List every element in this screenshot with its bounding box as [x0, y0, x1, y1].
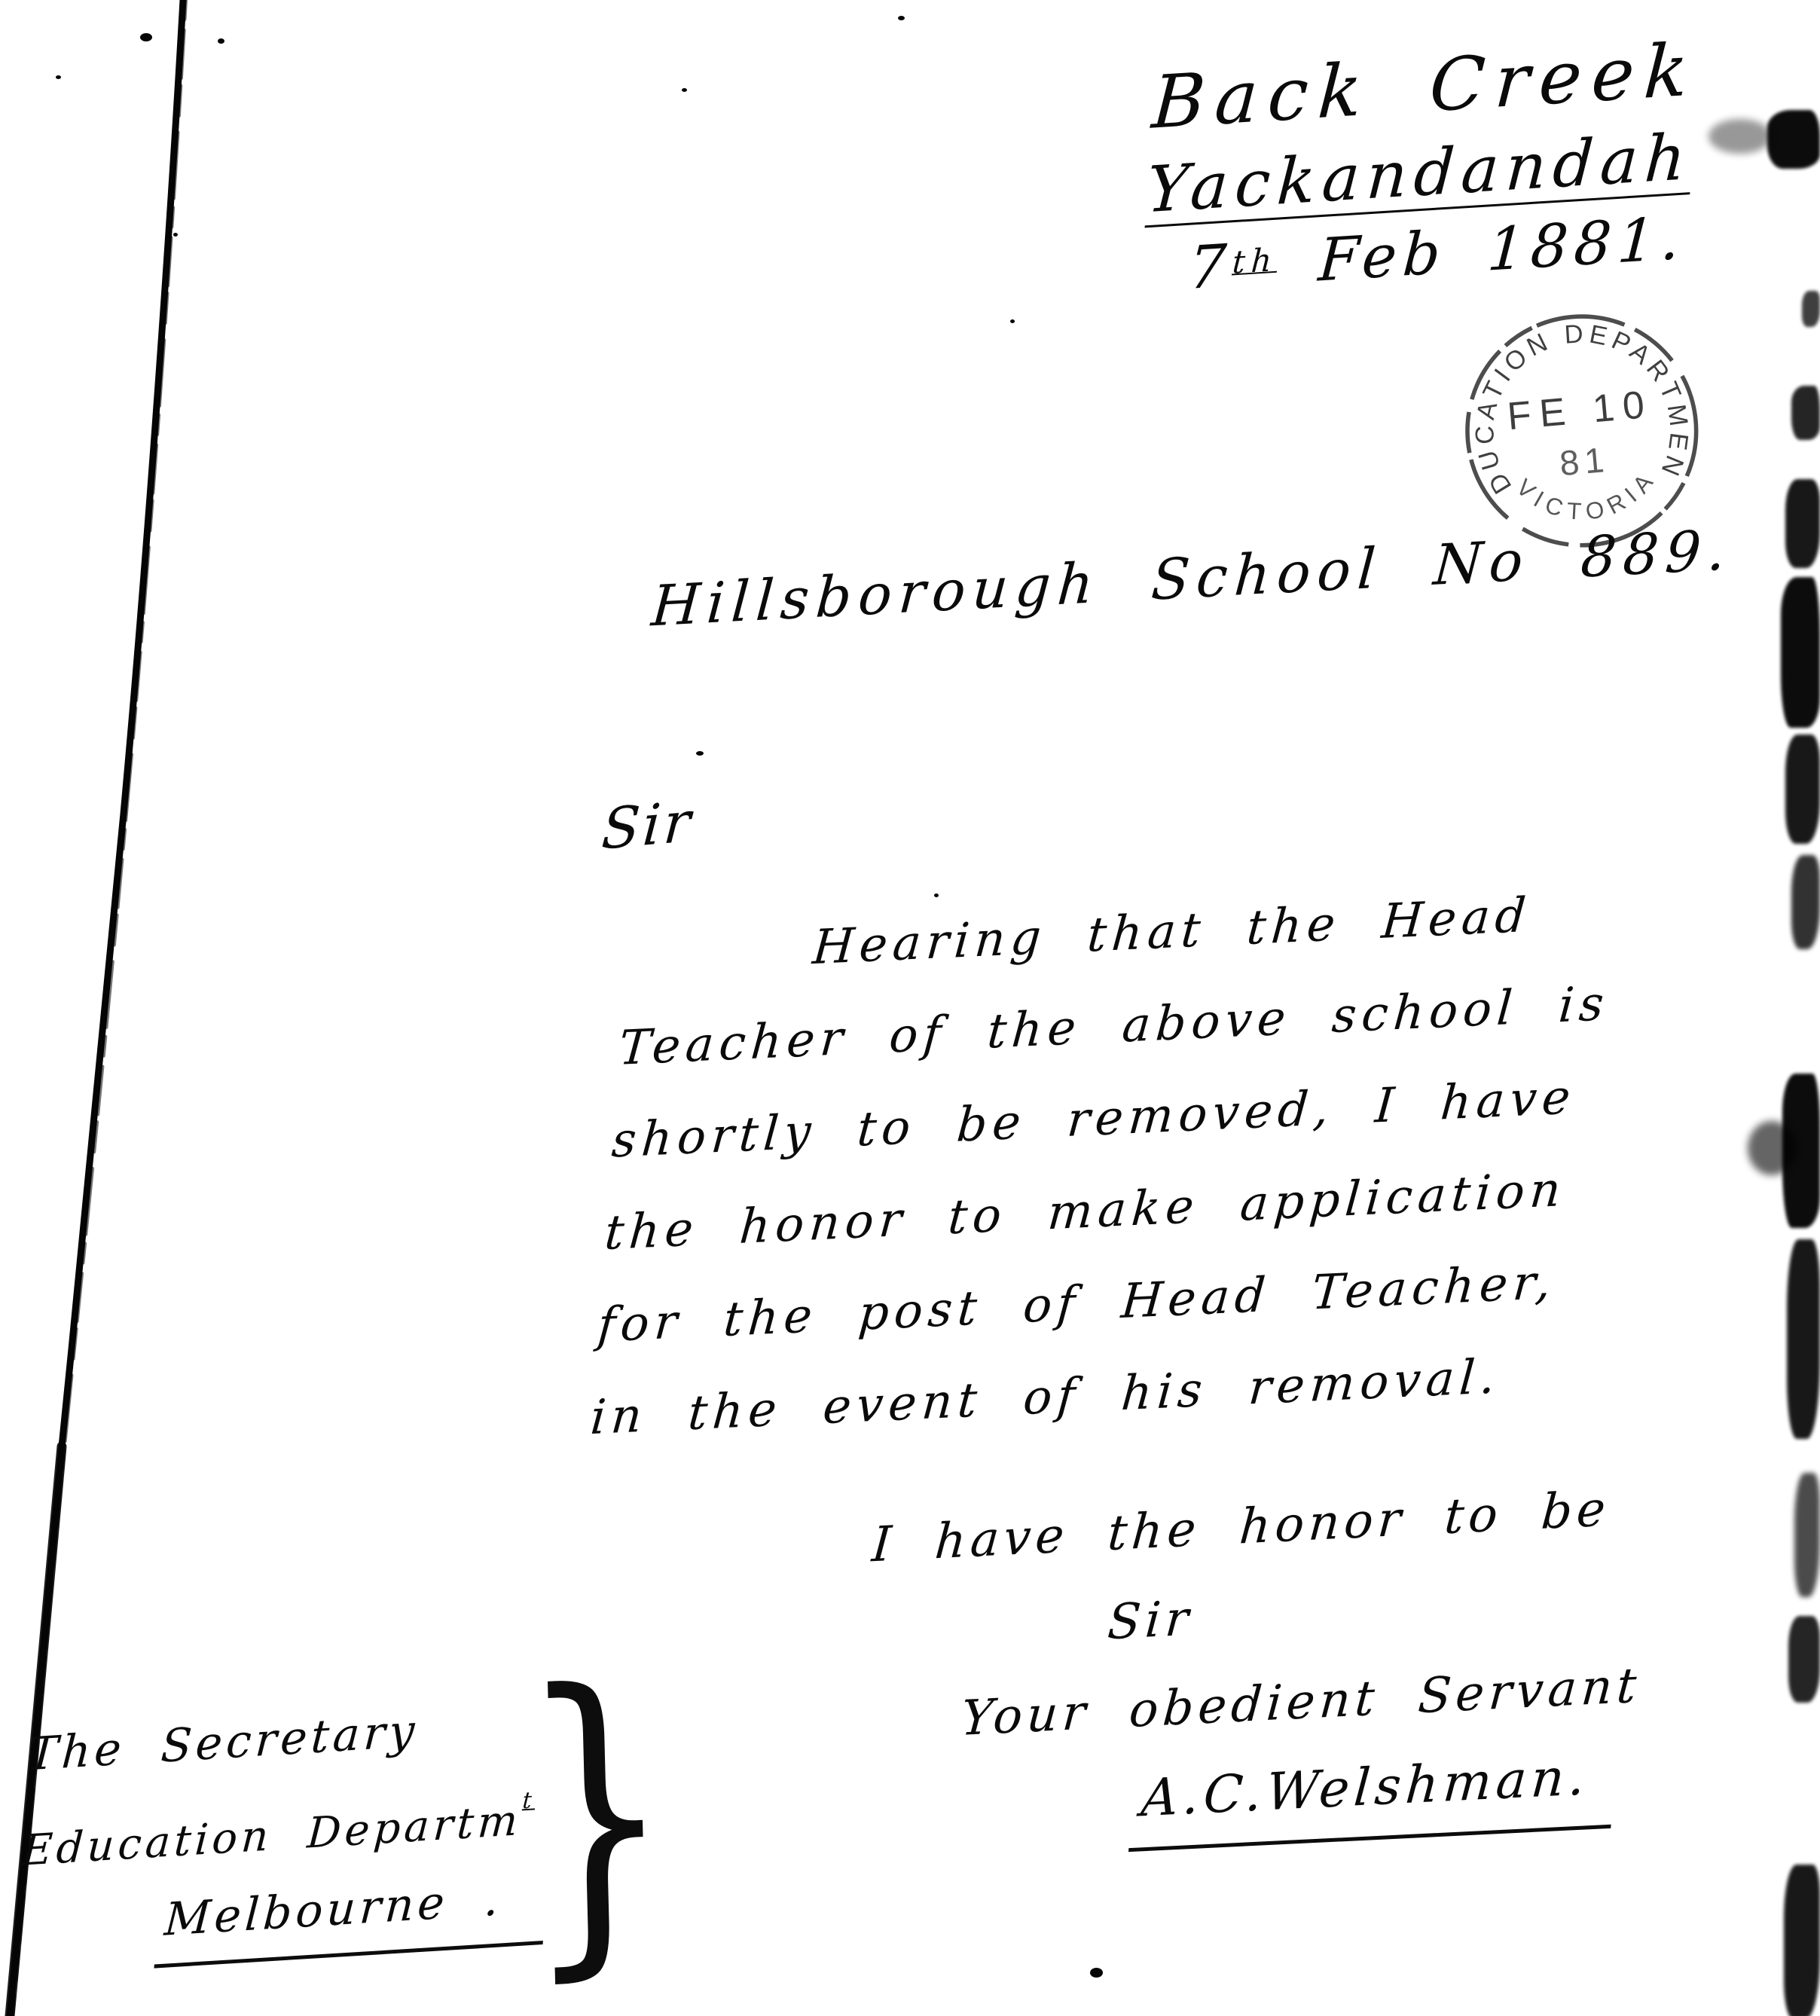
stamp-year-text: 81	[1558, 440, 1611, 484]
ink-smudge	[1794, 1473, 1820, 1597]
dust-speck	[682, 88, 687, 92]
addressee-block: The Secretary Education Departmt Melbour…	[14, 1684, 559, 1977]
ink-smudge	[1748, 1121, 1796, 1175]
subject-line: Hillsborough School No 889.	[649, 518, 1734, 640]
dust-speck	[696, 751, 704, 756]
ink-smudge	[1802, 291, 1820, 327]
ink-smudge	[1788, 1616, 1820, 1703]
dust-speck	[218, 38, 224, 44]
ink-smudge	[1781, 577, 1820, 728]
dust-speck	[1010, 319, 1015, 323]
dust-speck	[1090, 1968, 1103, 1978]
scanned-letter-page: Back Creek Yackandandah 7th Feb 1881. ED…	[0, 0, 1820, 2016]
letterhead-block: Back Creek Yackandandah 7th Feb 1881.	[1082, 23, 1758, 310]
date-day: 7	[1186, 232, 1234, 303]
dust-speck	[140, 33, 152, 41]
ink-smudge	[1767, 110, 1820, 169]
addressee-brace: }	[518, 1682, 675, 1948]
ink-smudge	[1785, 735, 1820, 844]
ink-smudge	[1785, 479, 1820, 568]
ink-smudge	[1791, 386, 1820, 440]
dust-speck	[173, 233, 178, 237]
ink-smudge	[1784, 1865, 1820, 2016]
date-rest: Feb 1881.	[1275, 204, 1687, 298]
dust-speck	[898, 16, 905, 20]
dust-speck	[56, 75, 61, 79]
ink-smudge	[1787, 1239, 1820, 1439]
letter-body: Hearing that the Head Teacher of the abo…	[587, 865, 1619, 1464]
letter-closing: I have the honor to be Sir Your obedient…	[848, 1462, 1657, 1865]
stamp-date-text: FE 10	[1505, 382, 1654, 438]
salutation: Sir	[600, 789, 695, 862]
date-day-suffix: th	[1231, 241, 1278, 281]
ink-smudge	[1791, 855, 1820, 949]
